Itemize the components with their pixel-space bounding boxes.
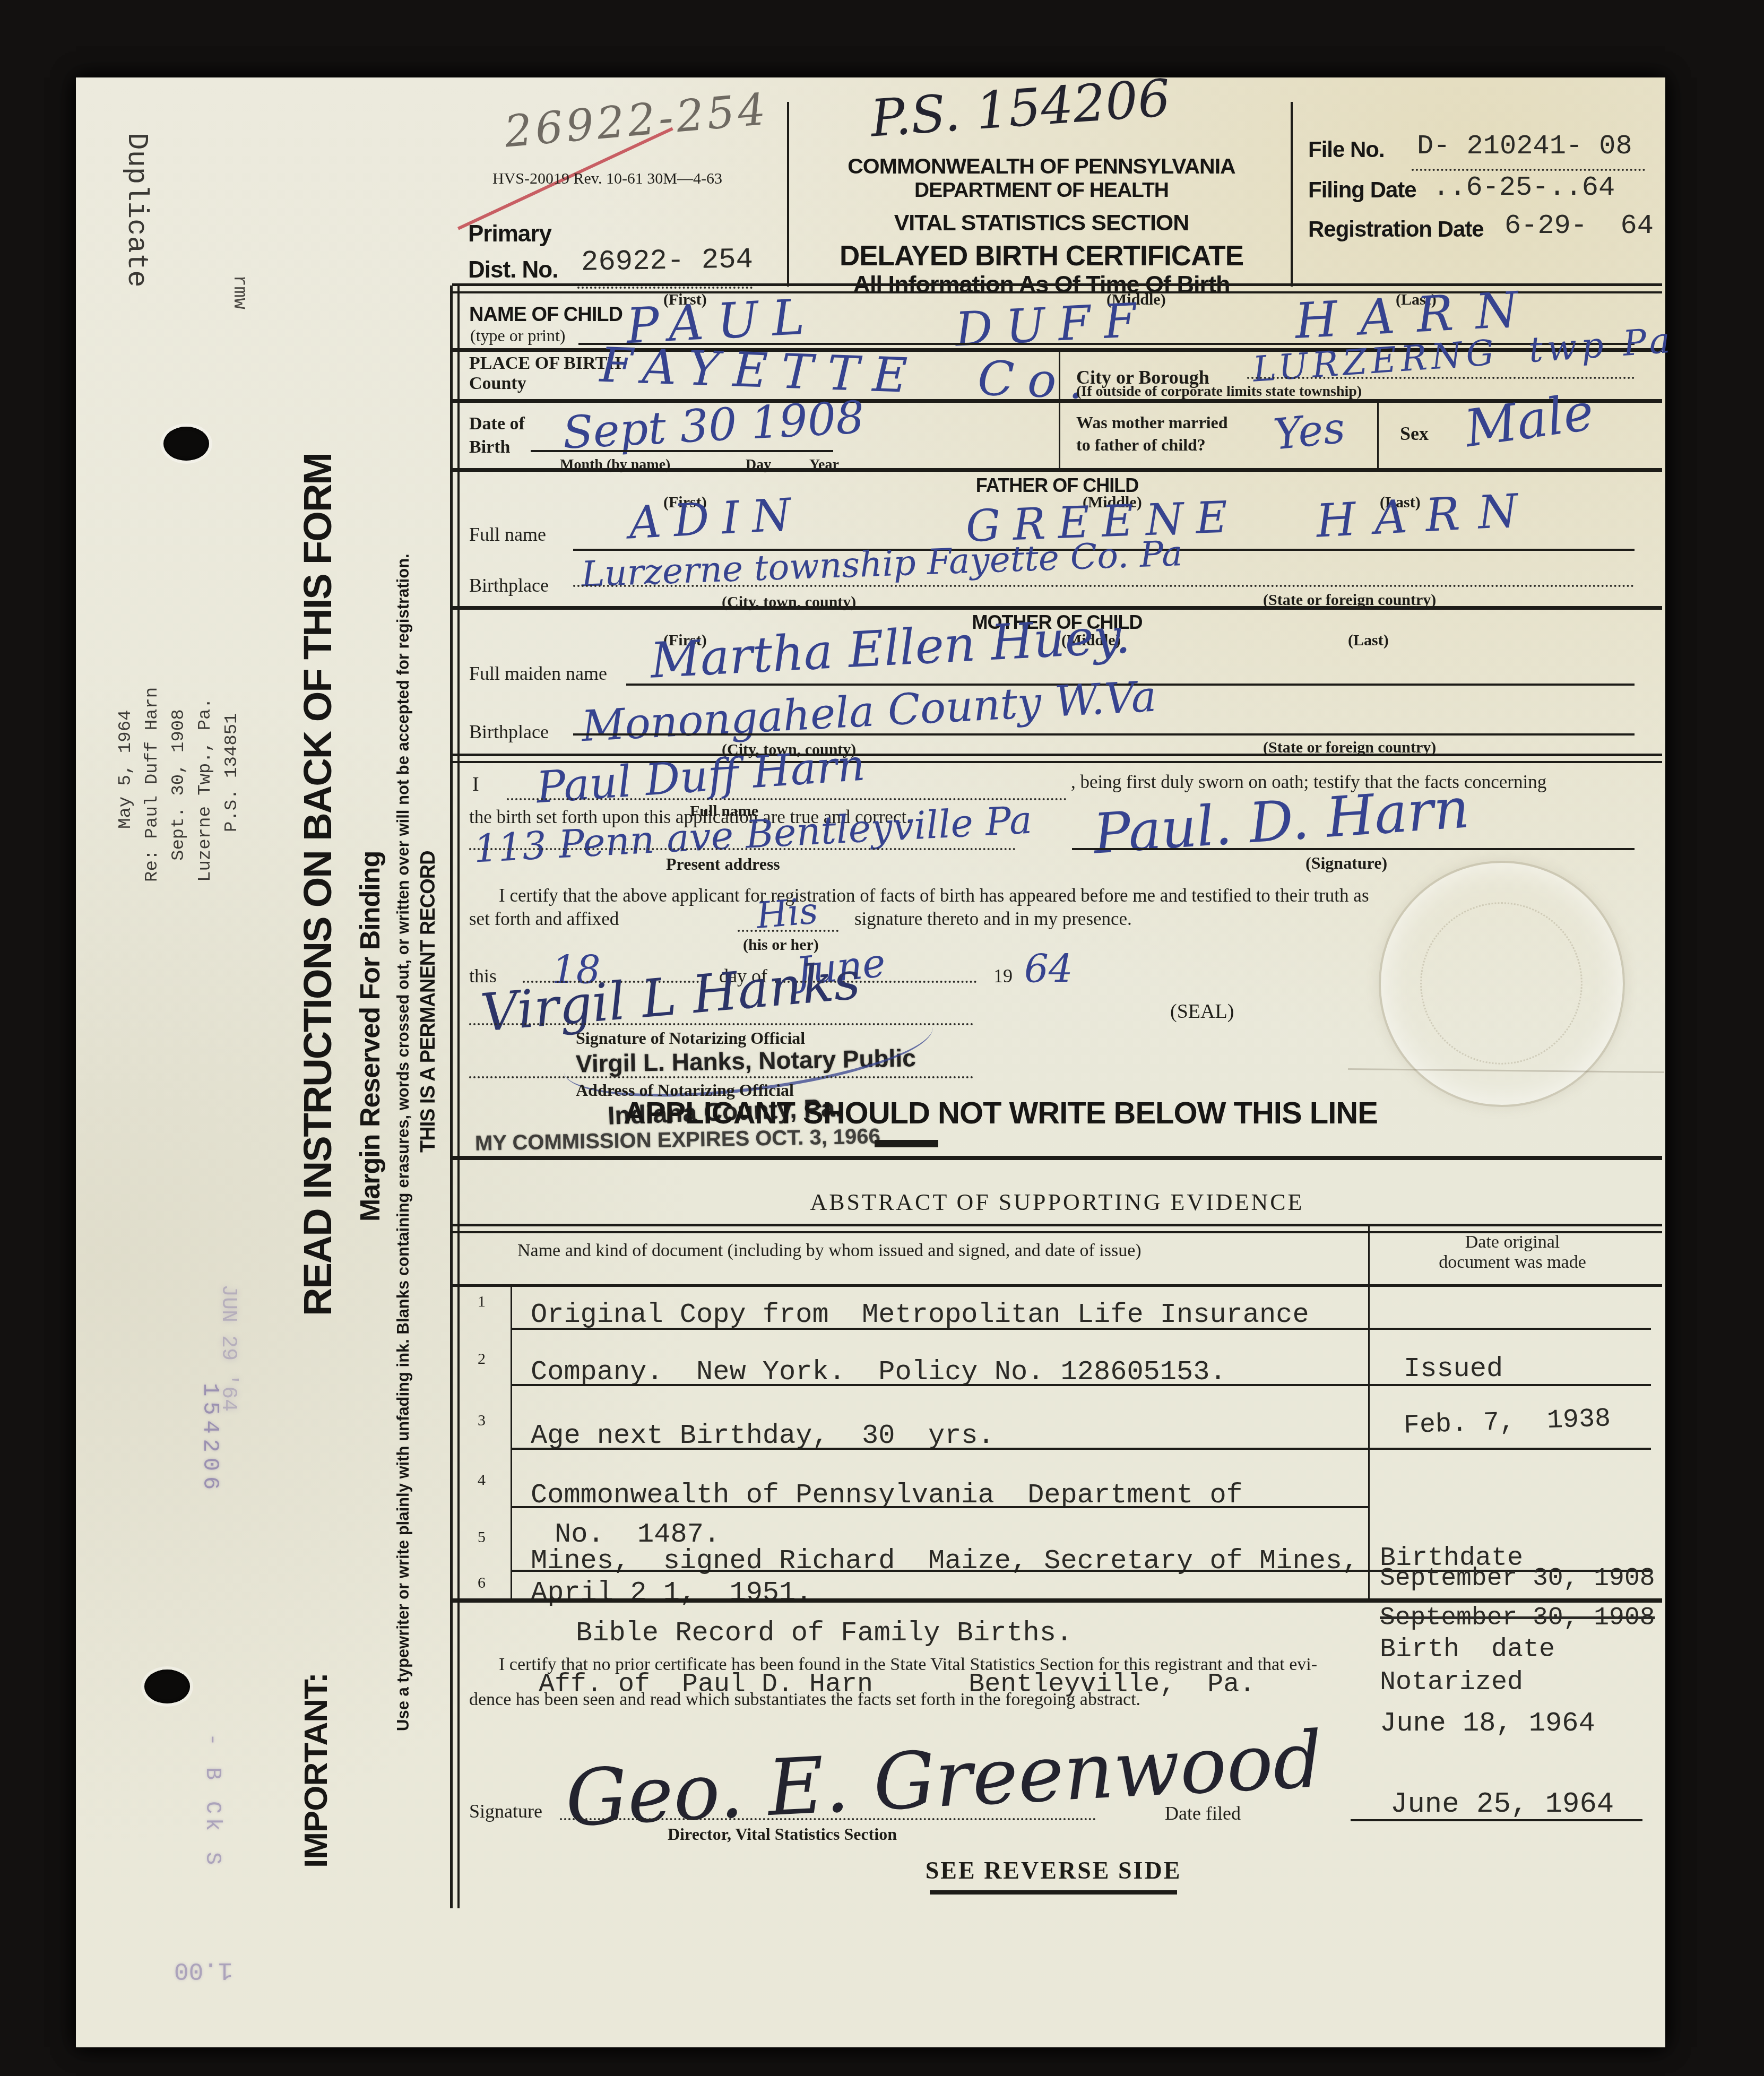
abstract-row-date: Issued bbox=[1404, 1353, 1503, 1385]
county-label: County bbox=[469, 374, 526, 394]
nineteen-label: 19 bbox=[993, 965, 1013, 987]
abstract-row-rule bbox=[512, 1328, 1368, 1330]
affidavit-i-label: I bbox=[472, 773, 479, 796]
notary-seal-inner-ring bbox=[1420, 902, 1583, 1065]
struck-birth-date: September 30, 1908 bbox=[1380, 1604, 1655, 1632]
abstract-row-rule bbox=[512, 1384, 1368, 1386]
abstract-row-text: Age next Birthday, 30 yrs. bbox=[531, 1420, 995, 1451]
address-ruled-line bbox=[469, 834, 1016, 850]
form-left-border-outer bbox=[450, 286, 453, 1908]
below-line-heavy-rule bbox=[452, 1156, 1662, 1160]
mother-birthplace-ruled-line bbox=[573, 733, 1635, 736]
date-filed-value: June 25, 1964 bbox=[1390, 1788, 1614, 1821]
birth-date-caption: Birth date bbox=[1380, 1634, 1555, 1665]
department-line: DEPARTMENT OF HEALTH bbox=[914, 179, 1169, 202]
name-of-child-label: NAME OF CHILD bbox=[469, 304, 622, 326]
margin-note-line: P.S. 134851 bbox=[222, 713, 242, 832]
date-filed-label: Date filed bbox=[1165, 1802, 1241, 1824]
abstract-row-rule bbox=[512, 1570, 1368, 1572]
place-cell-divider bbox=[1059, 352, 1060, 400]
full-maiden-name-label: Full maiden name bbox=[469, 662, 607, 685]
abstract-row-rule-right bbox=[1370, 1448, 1651, 1450]
header-divider-left bbox=[787, 102, 789, 287]
file-no-label: File No. bbox=[1308, 137, 1385, 162]
abstract-number-column-line bbox=[511, 1284, 512, 1600]
mother-married-handwritten: Yes bbox=[1272, 403, 1347, 460]
notary-address-ruled-line bbox=[469, 1062, 973, 1078]
section-rule bbox=[452, 606, 1662, 610]
date-cell-divider bbox=[1059, 401, 1060, 468]
year-handwritten: 64 bbox=[1024, 947, 1073, 991]
commonwealth-line: COMMONWEALTH OF PENNSYLVANIA bbox=[848, 154, 1235, 178]
vital-statistics-line-wrap: VITAL STATISTICS SECTION bbox=[796, 210, 1287, 236]
margin-reserved-binding: Margin Reserved For Binding bbox=[354, 851, 386, 1222]
form-left-border-inner bbox=[457, 286, 460, 1908]
notarized-date: June 18, 1964 bbox=[1380, 1708, 1595, 1739]
father-birthplace-label: Birthplace bbox=[469, 574, 549, 596]
no-prior-certificate-line2: dence has been seen and read which subst… bbox=[469, 1690, 1140, 1710]
type-or-print-label: (type or print) bbox=[470, 326, 566, 345]
punch-hole-top bbox=[163, 427, 209, 461]
his-ruled-line bbox=[738, 918, 838, 932]
abstract-row-number: 6 bbox=[478, 1574, 486, 1592]
margin-important-label: IMPORTANT: bbox=[297, 1673, 335, 1868]
abstract-row-rule-right bbox=[1370, 1384, 1651, 1386]
last-col-label: (Last) bbox=[1348, 632, 1389, 650]
certificate-title: DELAYED BIRTH CERTIFICATE bbox=[840, 240, 1243, 272]
header-agency-block: COMMONWEALTH OF PENNSYLVANIA DEPARTMENT … bbox=[796, 154, 1287, 202]
margin-typewriter-instruction: Use a typewriter or write plainly with u… bbox=[394, 553, 413, 1731]
abstract-row-number: 1 bbox=[478, 1293, 486, 1311]
dist-no-label: Dist. No. bbox=[468, 257, 558, 283]
header-divider-right bbox=[1291, 102, 1293, 287]
form-code: HVS-20019 Rev. 10-61 30M—4-63 bbox=[492, 170, 722, 188]
abstract-row-number: 3 bbox=[478, 1412, 486, 1430]
certificate-title-wrap: DELAYED BIRTH CERTIFICATE bbox=[796, 240, 1287, 272]
abstract-date-column-header: Date original document was made bbox=[1374, 1232, 1650, 1273]
director-title-label: Director, Vital Statistics Section bbox=[668, 1824, 897, 1844]
abstract-row-rule bbox=[512, 1448, 1368, 1450]
date-ruled-line bbox=[531, 450, 833, 452]
father-of-child-label: FATHER OF CHILD bbox=[976, 474, 1138, 496]
date-filed-ruled-line bbox=[1351, 1819, 1642, 1821]
abstract-date-header-line1: Date original bbox=[1465, 1232, 1560, 1252]
if-outside-label: (If outside of corporate limits state to… bbox=[1076, 383, 1362, 400]
bible-record-text: Bible Record of Family Births. bbox=[576, 1617, 1073, 1649]
seal-label: (SEAL) bbox=[1170, 1000, 1234, 1023]
see-reverse-underline bbox=[930, 1890, 1177, 1895]
abstract-row-date: September 30, 1908 bbox=[1380, 1564, 1655, 1593]
present-address-label: Present address bbox=[666, 854, 780, 874]
duplicate-margin-label: Duplicate bbox=[120, 133, 152, 288]
abstract-row-rule-right bbox=[1370, 1328, 1651, 1330]
father-first-handwritten: ADIN bbox=[628, 488, 805, 549]
date-of-label: Date of bbox=[469, 414, 525, 434]
notary-certify-line1: I certify that the above applicant for r… bbox=[499, 885, 1369, 906]
see-reverse-side-text: SEE REVERSE SIDE bbox=[926, 1857, 1182, 1884]
footer-signature-ruled-line bbox=[560, 1804, 1096, 1820]
margin-note-line: May 5, 1964 bbox=[116, 710, 136, 829]
abstract-row-text: Original Copy from Metropolitan Life Ins… bbox=[531, 1299, 1309, 1330]
notary-certify-line2: set forth and affixed bbox=[469, 909, 619, 930]
birth-label: Birth bbox=[469, 437, 510, 457]
margin-read-instructions: READ INSTRUCTIONS ON BACK OF THIS FORM bbox=[295, 453, 340, 1316]
margin-permanent-record: THIS IS A PERMANENT RECORD bbox=[417, 851, 440, 1153]
abstract-table-bottom-rule bbox=[452, 1598, 1662, 1603]
sex-label: Sex bbox=[1400, 422, 1429, 445]
filing-date-label: Filing Date bbox=[1308, 177, 1416, 203]
abstract-row-text: April 2 1, 1951. bbox=[531, 1577, 812, 1608]
notarized-caption: Notarized bbox=[1380, 1667, 1523, 1698]
signature-label: Signature bbox=[469, 1800, 542, 1822]
abstract-row-number: 5 bbox=[478, 1528, 486, 1546]
sex-cell-divider bbox=[1377, 401, 1379, 468]
registration-date-value: 6-29- 64 bbox=[1504, 210, 1654, 241]
abstract-date-column-line bbox=[1368, 1224, 1370, 1600]
margin-note-line: Sept. 30, 1908 bbox=[169, 709, 189, 861]
abstract-date-header-line2: document was made bbox=[1439, 1252, 1586, 1272]
abstract-title: ABSTRACT OF SUPPORTING EVIDENCE bbox=[810, 1189, 1304, 1215]
signature-ruled-line bbox=[1072, 848, 1635, 850]
fee-stamp: 1.00 bbox=[174, 1956, 232, 1984]
clerk-initials: rmw bbox=[229, 275, 250, 309]
abstract-row-text: Company. New York. Policy No. 128605153. bbox=[531, 1356, 1226, 1388]
bck-clerk-stamp: - B Ck S bbox=[200, 1733, 224, 1869]
affiant-ruled-line bbox=[507, 784, 1067, 800]
father-birthplace-ruled-line bbox=[573, 571, 1635, 587]
notary-certify-line3: signature thereto and in my presence. bbox=[854, 909, 1132, 930]
filing-date-value: ..6-25-..64 bbox=[1433, 172, 1615, 203]
abstract-header-bottom-rule bbox=[452, 1284, 1662, 1287]
abstract-row-rule bbox=[512, 1506, 1368, 1508]
file-number-stamp: 154206 bbox=[197, 1383, 223, 1495]
father-full-name-label: Full name bbox=[469, 523, 546, 546]
abstract-title-wrap: ABSTRACT OF SUPPORTING EVIDENCE bbox=[452, 1189, 1662, 1216]
section-rule bbox=[452, 468, 1662, 472]
punch-hole-bottom bbox=[144, 1670, 190, 1703]
margin-note-line: Re: Paul Duff Harn bbox=[142, 687, 162, 882]
mother-birthplace-label: Birthplace bbox=[469, 721, 549, 743]
was-mother-married-label2: to father of child? bbox=[1076, 435, 1206, 455]
child-middle-name-handwritten: DUFF bbox=[954, 292, 1151, 357]
was-mother-married-label1: Was mother married bbox=[1076, 413, 1228, 433]
registration-date-label: Registration Date bbox=[1308, 217, 1484, 242]
primary-label: Primary bbox=[468, 221, 551, 247]
margin-note-line: Luzerne Twp., Pa. bbox=[195, 698, 215, 882]
file-no-ruled-line bbox=[1412, 154, 1645, 171]
signature-sub-label: (Signature) bbox=[1305, 853, 1387, 873]
abstract-doc-column-header: Name and kind of document (including by … bbox=[517, 1241, 1142, 1261]
applicant-warning-text: APPLICANT SHOULD NOT WRITE BELOW THIS LI… bbox=[624, 1095, 1378, 1131]
abstract-row-text: Mines, signed Richard Maize, Secretary o… bbox=[531, 1545, 1359, 1577]
city-ruled-line bbox=[1247, 364, 1635, 379]
not-underline-bar bbox=[875, 1140, 938, 1147]
vital-statistics-line: VITAL STATISTICS SECTION bbox=[894, 210, 1189, 236]
place-of-birth-label: PLACE OF BIRTH bbox=[469, 353, 621, 374]
abstract-row-number: 2 bbox=[478, 1350, 486, 1368]
see-reverse-wrap: SEE REVERSE SIDE bbox=[796, 1856, 1311, 1884]
abstract-row-number: 4 bbox=[478, 1471, 486, 1489]
